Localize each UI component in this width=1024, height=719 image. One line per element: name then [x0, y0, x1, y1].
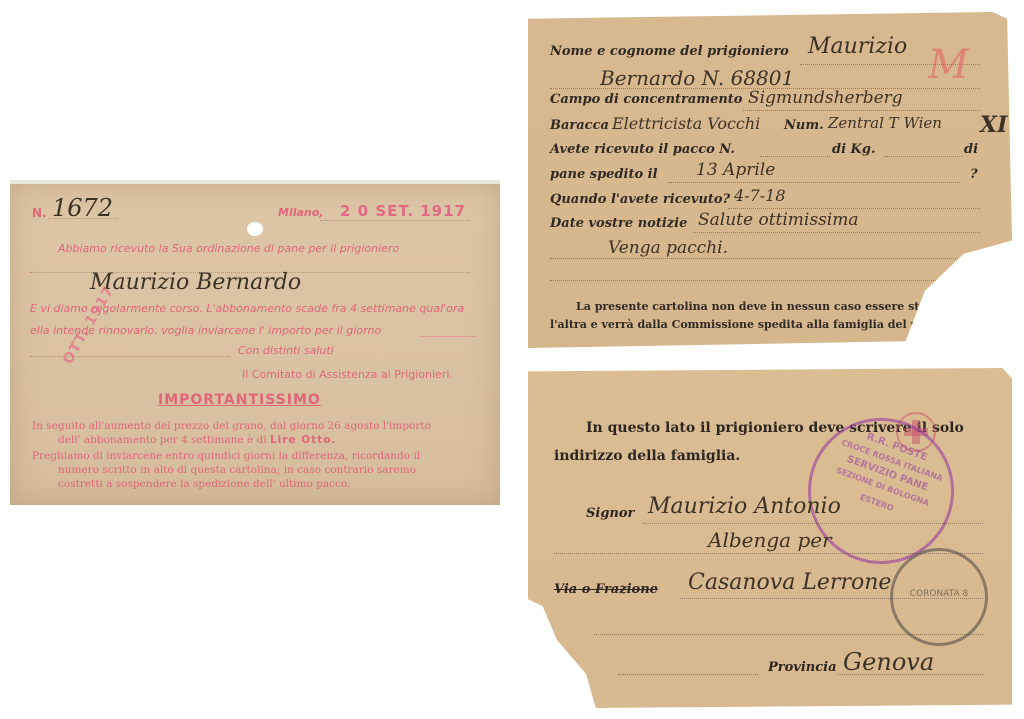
- instruction-line-2: indirizzo della famiglia.: [554, 448, 740, 464]
- value-barrack: Elettricista Vocchi: [612, 114, 760, 133]
- label-camp: Campo di concentramento: [550, 92, 742, 107]
- family-address-postcard: In questo lato il prigioniero deve scriv…: [528, 368, 1012, 708]
- label-num: Num.: [784, 118, 824, 133]
- value-prisoner-name: Maurizio: [808, 34, 907, 59]
- value-received-date: 4-7-18: [734, 186, 786, 205]
- label-prisoner-name: Nome e cognome del prigioniero: [550, 44, 789, 59]
- value-prisoner-surname-number: Bernardo N. 68801: [600, 66, 794, 90]
- label-kg: di Kg.: [832, 142, 875, 157]
- received-order-text: Abbiamo ricevuto la Sua ordinazione di p…: [58, 242, 399, 255]
- label-barrack: Baracca: [550, 118, 609, 133]
- important-heading: IMPORTANTISSIMO: [158, 392, 321, 408]
- prisoner-name: Maurizio Bernardo: [90, 270, 301, 295]
- corner-mark: XI: [980, 112, 1007, 138]
- notice-line-3: Preghiamo di inviarcene entro quindici g…: [32, 450, 420, 462]
- label-received-date: Quando l'avete ricevuto?: [550, 192, 730, 207]
- date-stamp: 2 0 SET. 1917: [340, 202, 466, 220]
- label-street: Via o Frazione: [554, 582, 658, 597]
- question-mark: ?: [970, 167, 978, 182]
- notice-line-2: dell' abbonamento per 4 settimane è di L…: [58, 434, 336, 446]
- value-news-2: Venga pacchi.: [608, 238, 728, 258]
- value-province: Genova: [843, 648, 934, 676]
- punch-hole: [247, 222, 263, 236]
- label-news: Date vostre notizie: [550, 216, 687, 231]
- value-camp: Sigmundsherberg: [748, 88, 903, 108]
- number-label: N.: [32, 206, 47, 220]
- value-city: Albenga per: [708, 528, 832, 552]
- value-num: Zentral T Wien: [828, 114, 942, 132]
- notice-line-2-text: dell' abbonamento per 4 settimane è di: [58, 434, 267, 446]
- city-label: Milano,: [278, 206, 323, 219]
- bread-receipt-postcard: N. 1672 Milano, 2 0 SET. 1917 Abbiamo ri…: [10, 180, 500, 505]
- red-pencil-mark: M: [928, 42, 969, 88]
- label-bread-sent: pane spedito il: [550, 167, 658, 182]
- postmark-round-stamp: CORONATA 8: [890, 548, 988, 646]
- value-news: Salute ottimissima: [698, 210, 859, 230]
- label-province: Provincia: [768, 660, 837, 675]
- committee-signature: Il Comitato di Assistenza ai Prigionieri…: [242, 368, 453, 381]
- label-parcel: Avete ricevuto il pacco N.: [550, 142, 735, 157]
- notice-line-2: l'altra e verrà dalla Commissione spedit…: [550, 318, 918, 331]
- label-di: di: [964, 142, 978, 157]
- price-amount: Lire Otto.: [270, 434, 336, 446]
- closing-text: Con distinti saluti: [238, 344, 334, 357]
- value-bread-sent: 13 Aprile: [696, 160, 775, 180]
- label-signor: Signor: [586, 506, 634, 521]
- notice-line-5: costretti a sospendere la spedizione del…: [58, 478, 350, 490]
- prisoner-reply-postcard: Nome e cognome del prigioniero Maurizio …: [528, 12, 1012, 348]
- value-signor: Maurizio Antonio: [648, 494, 841, 519]
- value-street: Casanova Lerrone: [688, 570, 891, 595]
- notice-line-4: numero scritto in alto di questa cartoli…: [58, 464, 416, 476]
- notice-line-1: La presente cartolina non deve in nessun…: [576, 300, 927, 313]
- notice-line-1: In seguito all'aumento del prezzo del gr…: [32, 420, 431, 432]
